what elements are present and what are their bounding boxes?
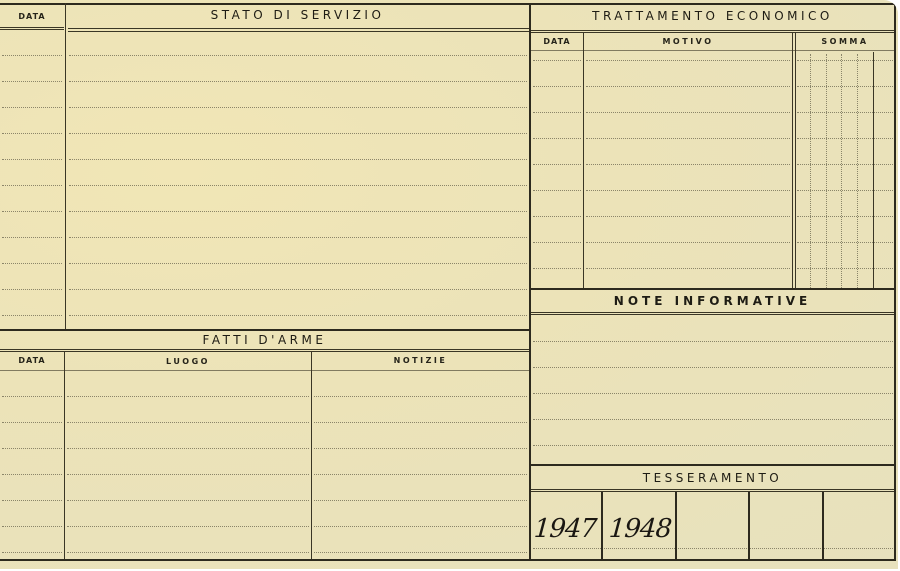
trattamento-header-rule-2 [531, 32, 894, 33]
fatti-col-data: DATA [0, 356, 64, 365]
fatti-ruled-line [314, 422, 527, 423]
stato-header-rule-2 [68, 31, 529, 32]
stato-ruled-line [2, 185, 62, 186]
trattamento-date-divider [583, 33, 584, 288]
stato-ruled-line [69, 55, 527, 56]
fatti-ruled-line [67, 396, 309, 397]
stato-ruled-line [2, 263, 62, 264]
stato-ruled-line [2, 81, 62, 82]
stato-header-rule-date [0, 27, 64, 28]
fatti-header-rule [0, 349, 529, 350]
trattamento-ruled-line [586, 268, 790, 269]
tesseramento-year-1: 1947 [529, 514, 601, 544]
note-ruled-line [533, 445, 893, 446]
trattamento-ruled-line [533, 242, 581, 243]
stato-ruled-line [69, 81, 527, 82]
fatti-header-rule-2 [0, 351, 529, 352]
fatti-ruled-line [67, 422, 309, 423]
note-ruled-line [533, 341, 893, 342]
trattamento-ruled-line [797, 86, 893, 87]
fatti-ruled-line [314, 448, 527, 449]
fatti-ruled-line [314, 500, 527, 501]
note-ruled-line [533, 393, 893, 394]
tesseramento-divider-1 [601, 492, 603, 559]
fatti-luogo-divider [311, 352, 312, 559]
trattamento-ruled-line [797, 268, 893, 269]
stato-di-servizio-title: STATO DI SERVIZIO [66, 8, 529, 22]
trattamento-ruled-line [586, 242, 790, 243]
trattamento-col-header-rule [531, 50, 894, 51]
fatti-ruled-line [2, 448, 62, 449]
stato-header-rule [68, 28, 529, 29]
stato-ruled-line [2, 159, 62, 160]
fatti-date-divider [64, 352, 65, 559]
somma-cents-divider [873, 52, 874, 288]
fatti-ruled-line [67, 552, 309, 553]
trattamento-ruled-line [797, 164, 893, 165]
tesseramento-header-rule [531, 489, 894, 490]
tesseramento-divider-4 [822, 492, 824, 559]
trattamento-motivo-divider-2 [795, 33, 796, 288]
trattamento-ruled-line [533, 138, 581, 139]
trattamento-motivo-divider [792, 33, 793, 288]
right-border [894, 3, 896, 561]
fatti-ruled-line [67, 448, 309, 449]
trattamento-ruled-line [797, 190, 893, 191]
trattamento-ruled-line [586, 86, 790, 87]
fatti-ruled-line [2, 500, 62, 501]
stato-date-column-divider [65, 3, 66, 329]
tesseramento-divider-2 [675, 492, 677, 559]
stato-ruled-line [2, 55, 62, 56]
stato-ruled-line [69, 107, 527, 108]
tesseramento-year-2: 1948 [604, 514, 676, 544]
somma-digit-line-1 [810, 54, 811, 288]
stato-ruled-line [69, 211, 527, 212]
stato-ruled-line [2, 133, 62, 134]
trattamento-economico-title: TRATTAMENTO ECONOMICO [531, 9, 894, 23]
trattamento-ruled-line [533, 86, 581, 87]
trattamento-col-somma: SOMMA [796, 37, 894, 46]
trattamento-ruled-line [533, 216, 581, 217]
trattamento-bottom-rule [531, 288, 895, 290]
note-bottom-rule [531, 464, 895, 466]
stato-header-rule-date-2 [0, 29, 64, 30]
note-ruled-line [533, 367, 893, 368]
fatti-ruled-line [314, 396, 527, 397]
stato-bottom-rule [0, 329, 530, 331]
trattamento-ruled-line [586, 164, 790, 165]
stato-ruled-line [2, 107, 62, 108]
note-informative-title: NOTE INFORMATIVE [531, 294, 894, 308]
stato-ruled-line [69, 263, 527, 264]
note-header-rule [531, 312, 894, 313]
trattamento-ruled-line [533, 112, 581, 113]
stato-ruled-line [69, 185, 527, 186]
somma-digit-line-4 [857, 54, 858, 288]
trattamento-ruled-line [533, 60, 581, 61]
top-border [0, 3, 898, 5]
somma-digit-line-3 [841, 54, 842, 288]
trattamento-ruled-line [586, 138, 790, 139]
trattamento-ruled-line [797, 242, 893, 243]
stato-ruled-line [69, 133, 527, 134]
trattamento-ruled-line [797, 112, 893, 113]
fatti-col-notizie: NOTIZIE [312, 356, 529, 365]
trattamento-ruled-line [533, 268, 581, 269]
stato-ruled-line [2, 289, 62, 290]
note-header-rule-2 [531, 314, 894, 315]
tesseramento-baseline [533, 548, 893, 549]
tesseramento-header-rule-2 [531, 491, 894, 492]
fatti-col-luogo: LUOGO [65, 357, 311, 366]
note-ruled-line [533, 419, 893, 420]
fatti-ruled-line [314, 552, 527, 553]
trattamento-ruled-line [797, 138, 893, 139]
fatti-ruled-line [2, 396, 62, 397]
fatti-d-arme-title: FATTI D'ARME [0, 333, 529, 347]
trattamento-ruled-line [533, 190, 581, 191]
trattamento-ruled-line [586, 60, 790, 61]
somma-digit-line-2 [826, 54, 827, 288]
trattamento-ruled-line [586, 216, 790, 217]
fatti-ruled-line [2, 422, 62, 423]
fatti-ruled-line [67, 526, 309, 527]
fatti-ruled-line [2, 526, 62, 527]
trattamento-ruled-line [797, 216, 893, 217]
trattamento-ruled-line [586, 190, 790, 191]
fatti-ruled-line [67, 474, 309, 475]
trattamento-ruled-line [586, 112, 790, 113]
stato-ruled-line [69, 237, 527, 238]
trattamento-header-rule [531, 30, 894, 31]
fatti-ruled-line [67, 500, 309, 501]
fatti-col-header-rule [0, 370, 529, 371]
stato-ruled-line [2, 315, 62, 316]
stato-ruled-line [2, 237, 62, 238]
fatti-ruled-line [2, 474, 62, 475]
stato-ruled-line [69, 159, 527, 160]
tesseramento-divider-3 [748, 492, 750, 559]
stato-ruled-line [2, 211, 62, 212]
bottom-border [0, 559, 896, 561]
stato-date-header: DATA [0, 12, 64, 21]
tesseramento-title: TESSERAMENTO [531, 471, 894, 485]
stato-ruled-line [69, 315, 527, 316]
fatti-ruled-line [314, 474, 527, 475]
trattamento-col-motivo: MOTIVO [584, 37, 792, 46]
trattamento-col-data: DATA [531, 37, 583, 46]
fatti-ruled-line [2, 552, 62, 553]
service-record-card: DATA STATO DI SERVIZIO FATTI D'ARME DATA… [0, 0, 898, 569]
fatti-ruled-line [314, 526, 527, 527]
trattamento-ruled-line [797, 60, 893, 61]
stato-ruled-line [69, 289, 527, 290]
trattamento-ruled-line [533, 164, 581, 165]
